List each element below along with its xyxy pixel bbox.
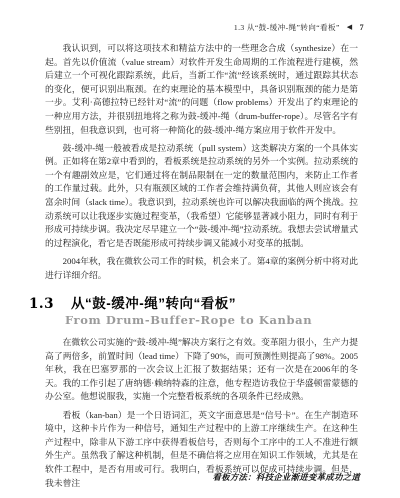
section-title: 从“鼓-缓冲-绳”转向“看板” — [71, 292, 236, 312]
section-heading-line: 1.3 从“鼓-缓冲-绳”转向“看板” — [29, 292, 358, 312]
page-number: 7 — [360, 23, 364, 32]
section-number: 1.3 — [29, 296, 54, 312]
running-header: 1.3 从“鼓-缓冲-绳”转向“看板” ◀ 7 — [234, 23, 364, 32]
section-subtitle-english: From Drum-Buffer-Rope to Kanban — [65, 313, 358, 327]
paragraph-pull-system: 鼓-缓冲-绳一般被看成是拉动系统（pull system）这类解决方案的一个具体… — [45, 142, 358, 251]
section-heading: 1.3 从“鼓-缓冲-绳”转向“看板” From Drum-Buffer-Rop… — [29, 292, 358, 327]
paragraph-synthesize-ideas: 我认识到，可以将这项技术和精益方法中的一些理念合成（synthesize）在一起… — [45, 42, 358, 137]
paragraph-microsoft-2004: 2004年秋，我在微软公司工作的时候，机会来了。第4章的案例分析中将对此进行详细… — [45, 255, 358, 282]
footer-book-title: 看板方法：科技企业渐进变革成功之道 — [213, 471, 360, 483]
page-body: 我认识到，可以将这项技术和精益方法中的一些理念合成（synthesize）在一起… — [45, 42, 358, 495]
page-marker-triangle-icon: ◀ — [347, 23, 353, 32]
running-header-title: 1.3 从“鼓-缓冲-绳”转向“看板” — [234, 23, 340, 32]
paragraph-dbr-results: 在微软公司实施的“鼓-缓冲-绳”解决方案行之有效。变革阻力很小，生产力提高了两倍… — [45, 336, 358, 404]
book-page: 1.3 从“鼓-缓冲-绳”转向“看板” ◀ 7 我认识到，可以将这项技术和精益方… — [0, 0, 400, 498]
